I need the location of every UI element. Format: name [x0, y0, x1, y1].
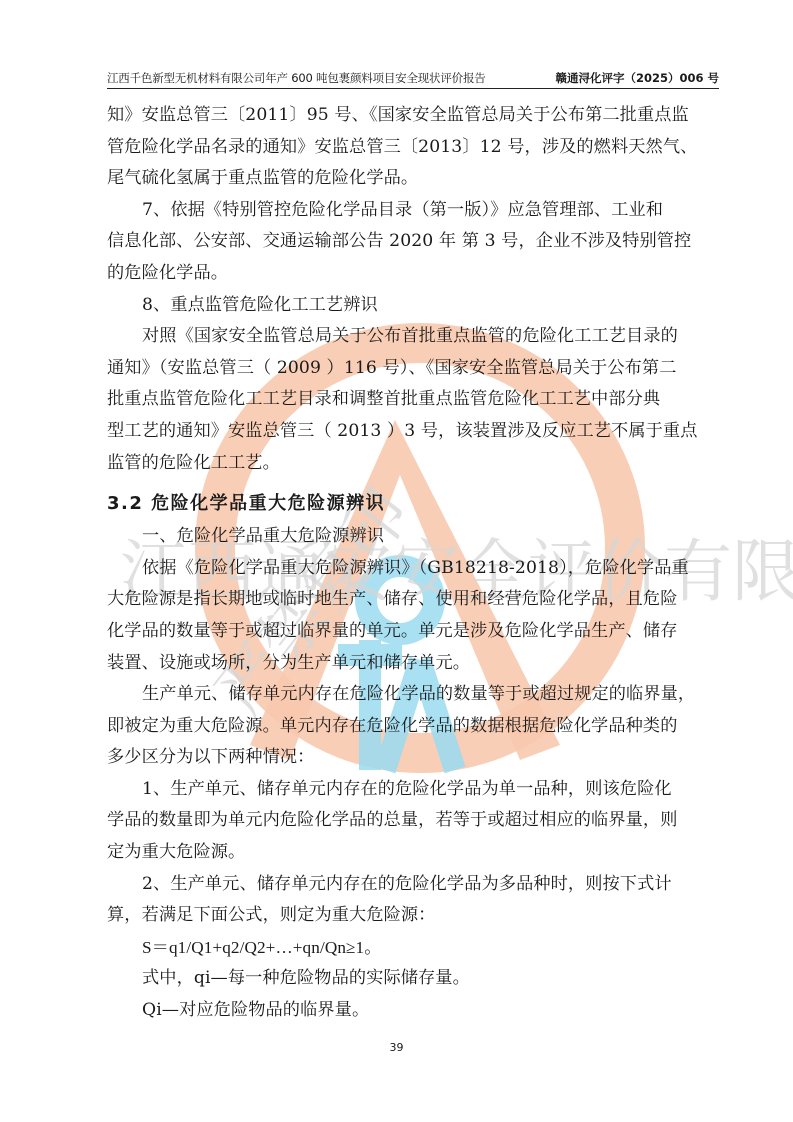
text-line: 一、危险化学品重大危险源辨识	[107, 521, 719, 553]
text-line: 通知》（安监总管三（ 2009 ）116 号）、《国家安全监管总局关于公布第二	[107, 353, 719, 385]
text-line: 知》安监总管三〔2011〕95 号、《国家安全监管总局关于公布第二批重点监	[107, 100, 719, 132]
report-title: 江西千色新型无机材料有限公司年产 600 吨包裹颜料项目安全现状评价报告	[107, 70, 486, 86]
document-page: 江西通安安全评价有限公司 严禁复印 江西千色新型无机材料有限公司年产 600 吨…	[0, 0, 793, 1122]
text-line: 化学品的数量等于或超过临界量的单元。单元是涉及危险化学品生产、储存	[107, 616, 719, 648]
section-heading: 3.2 危险化学品重大危险源辨识	[107, 491, 719, 517]
text-line: Qi—对应危险物品的临界量。	[107, 995, 719, 1027]
text-line: 型工艺的通知》安监总管三（ 2013 ）3 号，该装置涉及反应工艺不属于重点	[107, 416, 719, 448]
paragraph-block-1: 知》安监总管三〔2011〕95 号、《国家安全监管总局关于公布第二批重点监 管危…	[107, 100, 719, 479]
text-line: 大危险源是指长期地或临时地生产、储存、使用和经营危险化学品，且危险	[107, 584, 719, 616]
text-line: 多少区分为以下两种情况：	[107, 742, 719, 774]
text-line: 2、生产单元、储存单元内存在的危险化学品为多品种时，则按下式计	[107, 869, 719, 901]
text-line: 定为重大危险源。	[107, 837, 719, 869]
text-line: 1、生产单元、储存单元内存在的危险化学品为单一品种，则该危险化	[107, 774, 719, 806]
text-line: 生产单元、储存单元内存在危险化学品的数量等于或超过规定的临界量，	[107, 679, 719, 711]
text-line: 学品的数量即为单元内危险化学品的总量，若等于或超过相应的临界量，则	[107, 805, 719, 837]
text-line: 监管的危险化工工艺。	[107, 448, 719, 480]
text-line: 7、依据《特别管控危险化学品目录（第一版）》应急管理部、工业和	[107, 195, 719, 227]
text-line: 对照《国家安全监管总局关于公布首批重点监管的危险化工工艺目录的	[107, 321, 719, 353]
text-line: 8、重点监管危险化工工艺辨识	[107, 290, 719, 322]
text-line: 算，若满足下面公式，则定为重大危险源：	[107, 900, 719, 932]
text-line: 装置、设施或场所，分为生产单元和储存单元。	[107, 648, 719, 680]
page-header: 江西千色新型无机材料有限公司年产 600 吨包裹颜料项目安全现状评价报告 赣通浔…	[107, 70, 719, 89]
text-line: 尾气硫化氢属于重点监管的危险化学品。	[107, 163, 719, 195]
page-number: 39	[0, 1041, 793, 1054]
text-line: 批重点监管危险化工工艺目录和调整首批重点监管危险化工工艺中部分典	[107, 384, 719, 416]
text-line: 管危险化学品名录的通知》安监总管三〔2013〕12 号，涉及的燃料天然气、	[107, 132, 719, 164]
text-line: 的危险化学品。	[107, 258, 719, 290]
paragraph-block-2: 一、危险化学品重大危险源辨识 依据《危险化学品重大危险源辨识》（GB18218-…	[107, 521, 719, 1027]
text-line: 即被定为重大危险源。单元内存在危险化学品的数据根据危险化学品种类的	[107, 711, 719, 743]
text-line: 式中，qi—每一种危险物品的实际储存量。	[107, 963, 719, 995]
page-content: 知》安监总管三〔2011〕95 号、《国家安全监管总局关于公布第二批重点监 管危…	[107, 100, 719, 1027]
text-line: 信息化部、公安部、交通运输部公告 2020 年 第 3 号，企业不涉及特别管控	[107, 226, 719, 258]
report-number: 赣通浔化评字（2025）006 号	[555, 70, 719, 86]
formula-line: S＝q1/Q1+q2/Q2+…+qn/Qn≥1。	[107, 932, 719, 964]
text-line: 依据《危险化学品重大危险源辨识》（GB18218-2018），危险化学品重	[107, 553, 719, 585]
